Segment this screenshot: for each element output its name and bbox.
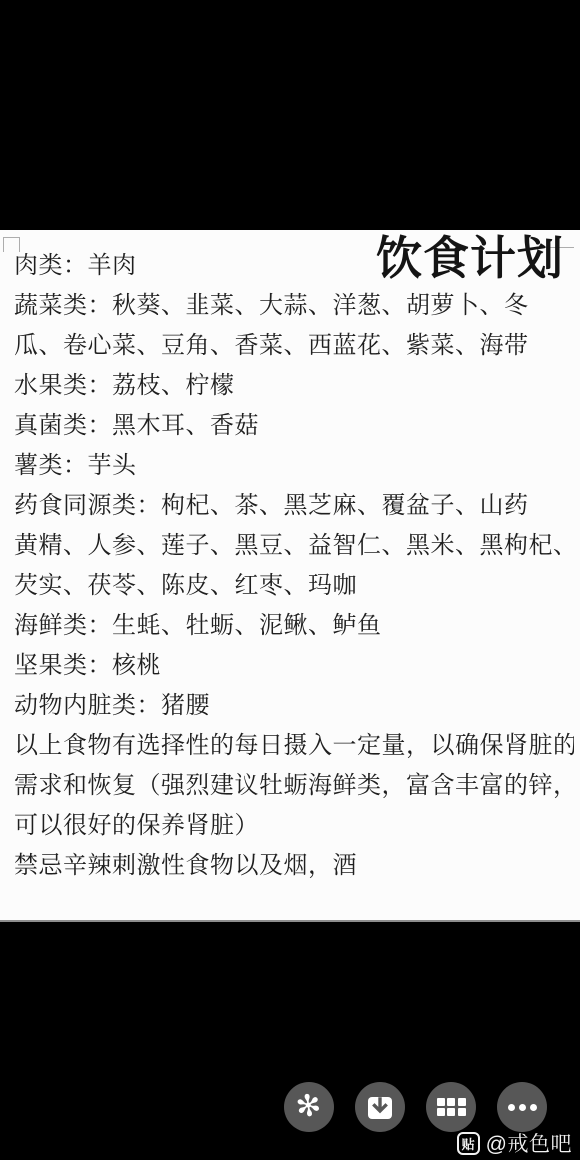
text-line: 薯类：芋头: [14, 446, 574, 486]
document-page: 饮食计划 肉类：羊肉蔬菜类：秋葵、韭菜、大蒜、洋葱、胡萝卜、冬瓜、卷心菜、豆角、…: [0, 230, 580, 922]
more-icon: [508, 1104, 537, 1111]
text-line: 芡实、茯苓、陈皮、红枣、玛咖: [14, 566, 574, 606]
multi-image-button[interactable]: [426, 1082, 476, 1132]
text-line: 真菌类：黑木耳、香菇: [14, 406, 574, 446]
text-line: 肉类：羊肉: [14, 246, 574, 286]
watermark: 贴 @戒色吧: [457, 1128, 572, 1158]
more-button[interactable]: [497, 1082, 547, 1132]
text-line: 坚果类：核桃: [14, 646, 574, 686]
text-line: 水果类：荔枝、柠檬: [14, 366, 574, 406]
text-line: 海鲜类：生蚝、牡蛎、泥鳅、鲈鱼: [14, 606, 574, 646]
text-line: 瓜、卷心菜、豆角、香菜、西蓝花、紫菜、海带: [14, 326, 574, 366]
download-icon: [365, 1092, 395, 1122]
grid-icon: [437, 1098, 466, 1117]
text-line: 药食同源类：枸杞、茶、黑芝麻、覆盆子、山药: [14, 486, 574, 526]
text-line: 动物内脏类：猪腰: [14, 686, 574, 726]
document-body: 肉类：羊肉蔬菜类：秋葵、韭菜、大蒜、洋葱、胡萝卜、冬瓜、卷心菜、豆角、香菜、西蓝…: [14, 246, 574, 886]
text-line: 以上食物有选择性的每日摄入一定量，以确保肾脏的: [14, 726, 574, 766]
text-line: 黄精、人参、莲子、黑豆、益智仁、黑米、黑枸杞、: [14, 526, 574, 566]
download-button[interactable]: [355, 1082, 405, 1132]
tieba-badge-icon: 贴: [457, 1132, 480, 1155]
share-edit-button[interactable]: ✻: [284, 1082, 334, 1132]
text-line: 需求和恢复（强烈建议牡蛎海鲜类，富含丰富的锌，: [14, 766, 574, 806]
text-line: 蔬菜类：秋葵、韭菜、大蒜、洋葱、胡萝卜、冬: [14, 286, 574, 326]
watermark-handle: @戒色吧: [486, 1128, 572, 1158]
text-line: 禁忌辛辣刺激性食物以及烟，酒: [14, 846, 574, 886]
text-line: 可以很好的保养肾脏）: [14, 806, 574, 846]
image-viewer-screen: 饮食计划 肉类：羊肉蔬菜类：秋葵、韭菜、大蒜、洋葱、胡萝卜、冬瓜、卷心菜、豆角、…: [0, 0, 580, 1160]
viewer-toolbar: ✻: [284, 1082, 547, 1132]
asterisk-share-icon: ✻: [294, 1090, 323, 1123]
